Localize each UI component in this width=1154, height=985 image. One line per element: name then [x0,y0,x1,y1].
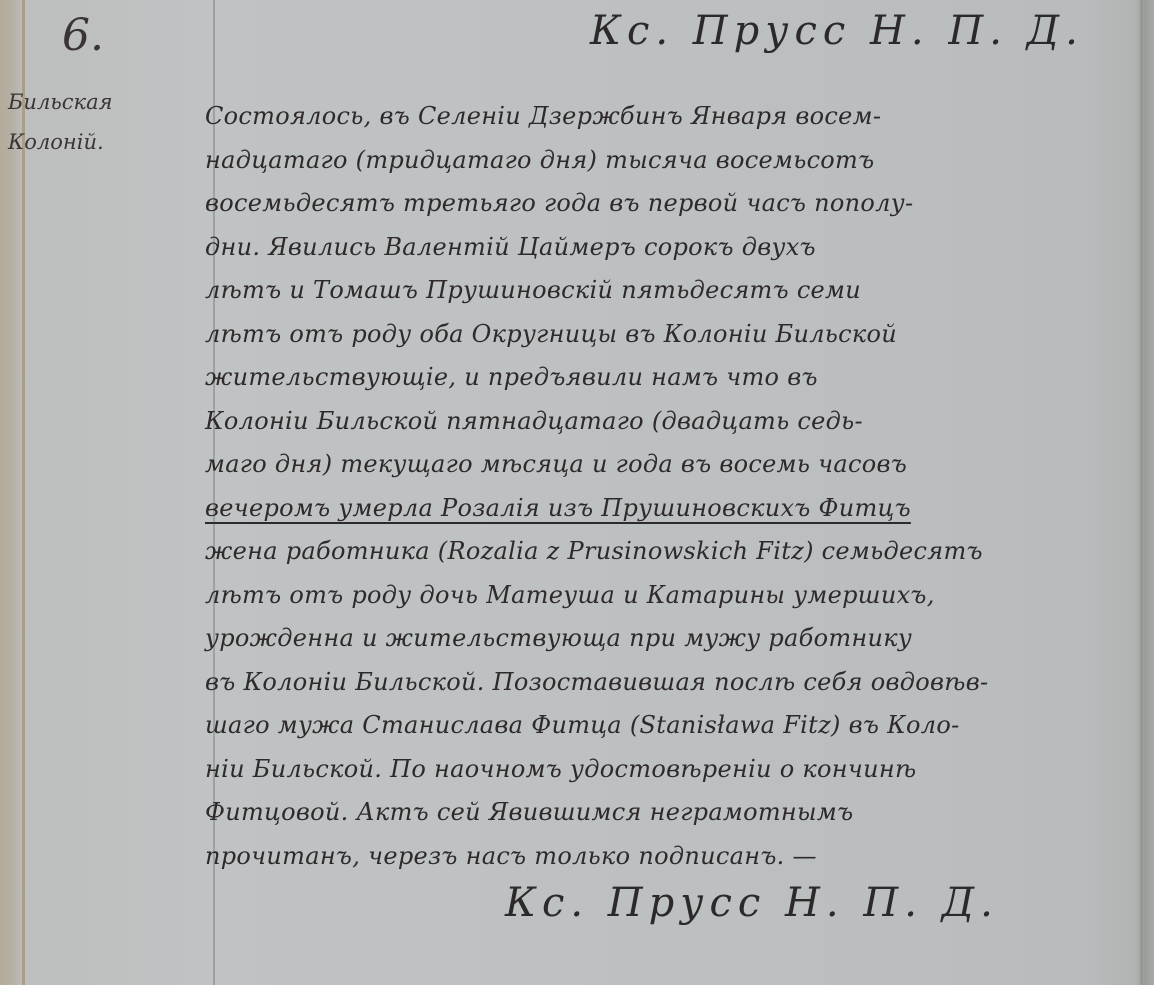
text-line: лѣтъ и Томашъ Прушиновскій пятьдесятъ се… [205,269,1115,313]
text-line: жена работника (Rozalia z Prusinowskich … [205,530,1115,574]
text-line: лѣтъ отъ роду дочь Матеуша и Катарины ум… [205,574,1115,618]
text-line: шаго мужа Станислава Фитца (Stanisława F… [205,704,1115,748]
text-line: Фитцовой. Актъ сей Явившимся неграмотным… [205,791,1115,835]
text-line: лѣтъ отъ роду оба Округницы въ Колоніи Б… [205,313,1115,357]
text-line: въ Колоніи Бильской. Позоставившая послѣ… [205,661,1115,705]
page-fold [1140,0,1143,985]
text-line: жительствующіе, и предъявили намъ что въ [205,356,1115,400]
header-signature: Кс. Прусс Н. П. Д. [590,8,1084,54]
footer-signature: Кс. Прусс Н. П. Д. [505,880,999,926]
margin-note-line: Колоній. [8,122,208,162]
text-line-deceased-name: вечеромъ умерла Розалія изъ Прушиновских… [205,487,1115,531]
text-line: маго дня) текущаго мѣсяца и года въ восе… [205,443,1115,487]
text-line: Состоялось, въ Селеніи Дзержбинъ Января … [205,95,1115,139]
margin-note: Бильская Колоній. [8,82,208,162]
text-line: Колоніи Бильской пятнадцатаго (двадцать … [205,400,1115,444]
text-line: ніи Бильской. По наочномъ удостовѣреніи … [205,748,1115,792]
text-line: надцатаго (тридцатаго дня) тысяча восемь… [205,139,1115,183]
text-line: восемьдесятъ третьяго года въ первой час… [205,182,1115,226]
entry-number: 6. [62,10,104,61]
margin-note-line: Бильская [8,82,208,122]
text-line: урожденна и жительствующа при мужу работ… [205,617,1115,661]
record-body: Состоялось, въ Селеніи Дзержбинъ Января … [205,95,1115,878]
document-page: 6. Бильская Колоній. Кс. Прусс Н. П. Д. … [0,0,1154,985]
text-line: прочитанъ, черезъ насъ только подписанъ.… [205,835,1115,879]
text-line: дни. Явились Валентій Цаймеръ сорокъ дву… [205,226,1115,270]
